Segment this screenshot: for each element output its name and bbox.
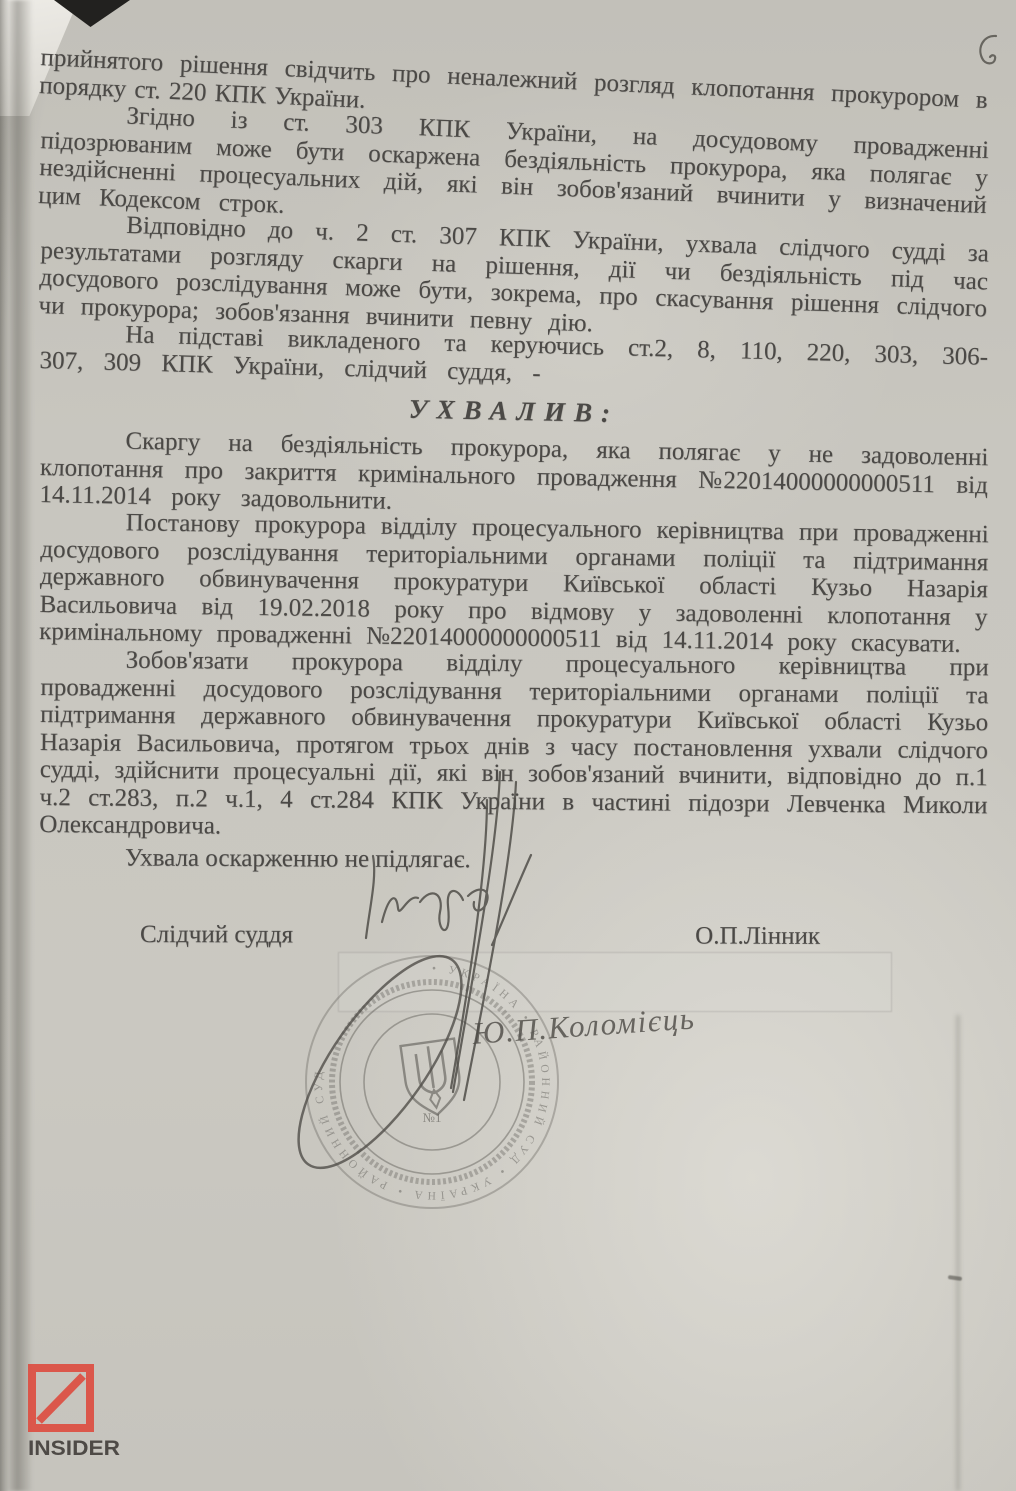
handwritten-page-mark-icon	[980, 36, 996, 63]
judge-signature-icon	[366, 772, 531, 1100]
insider-watermark: INSIDER	[28, 1364, 138, 1461]
insider-logo-icon	[28, 1364, 94, 1432]
pen-ink-layer	[0, 0, 1016, 1491]
insider-brand-text: INSIDER	[28, 1437, 147, 1461]
insider-logo-diagonal	[36, 1372, 86, 1424]
scanned-court-ruling-page: { "page": { "handwritten_mark": "С" }, "…	[0, 0, 1016, 1491]
